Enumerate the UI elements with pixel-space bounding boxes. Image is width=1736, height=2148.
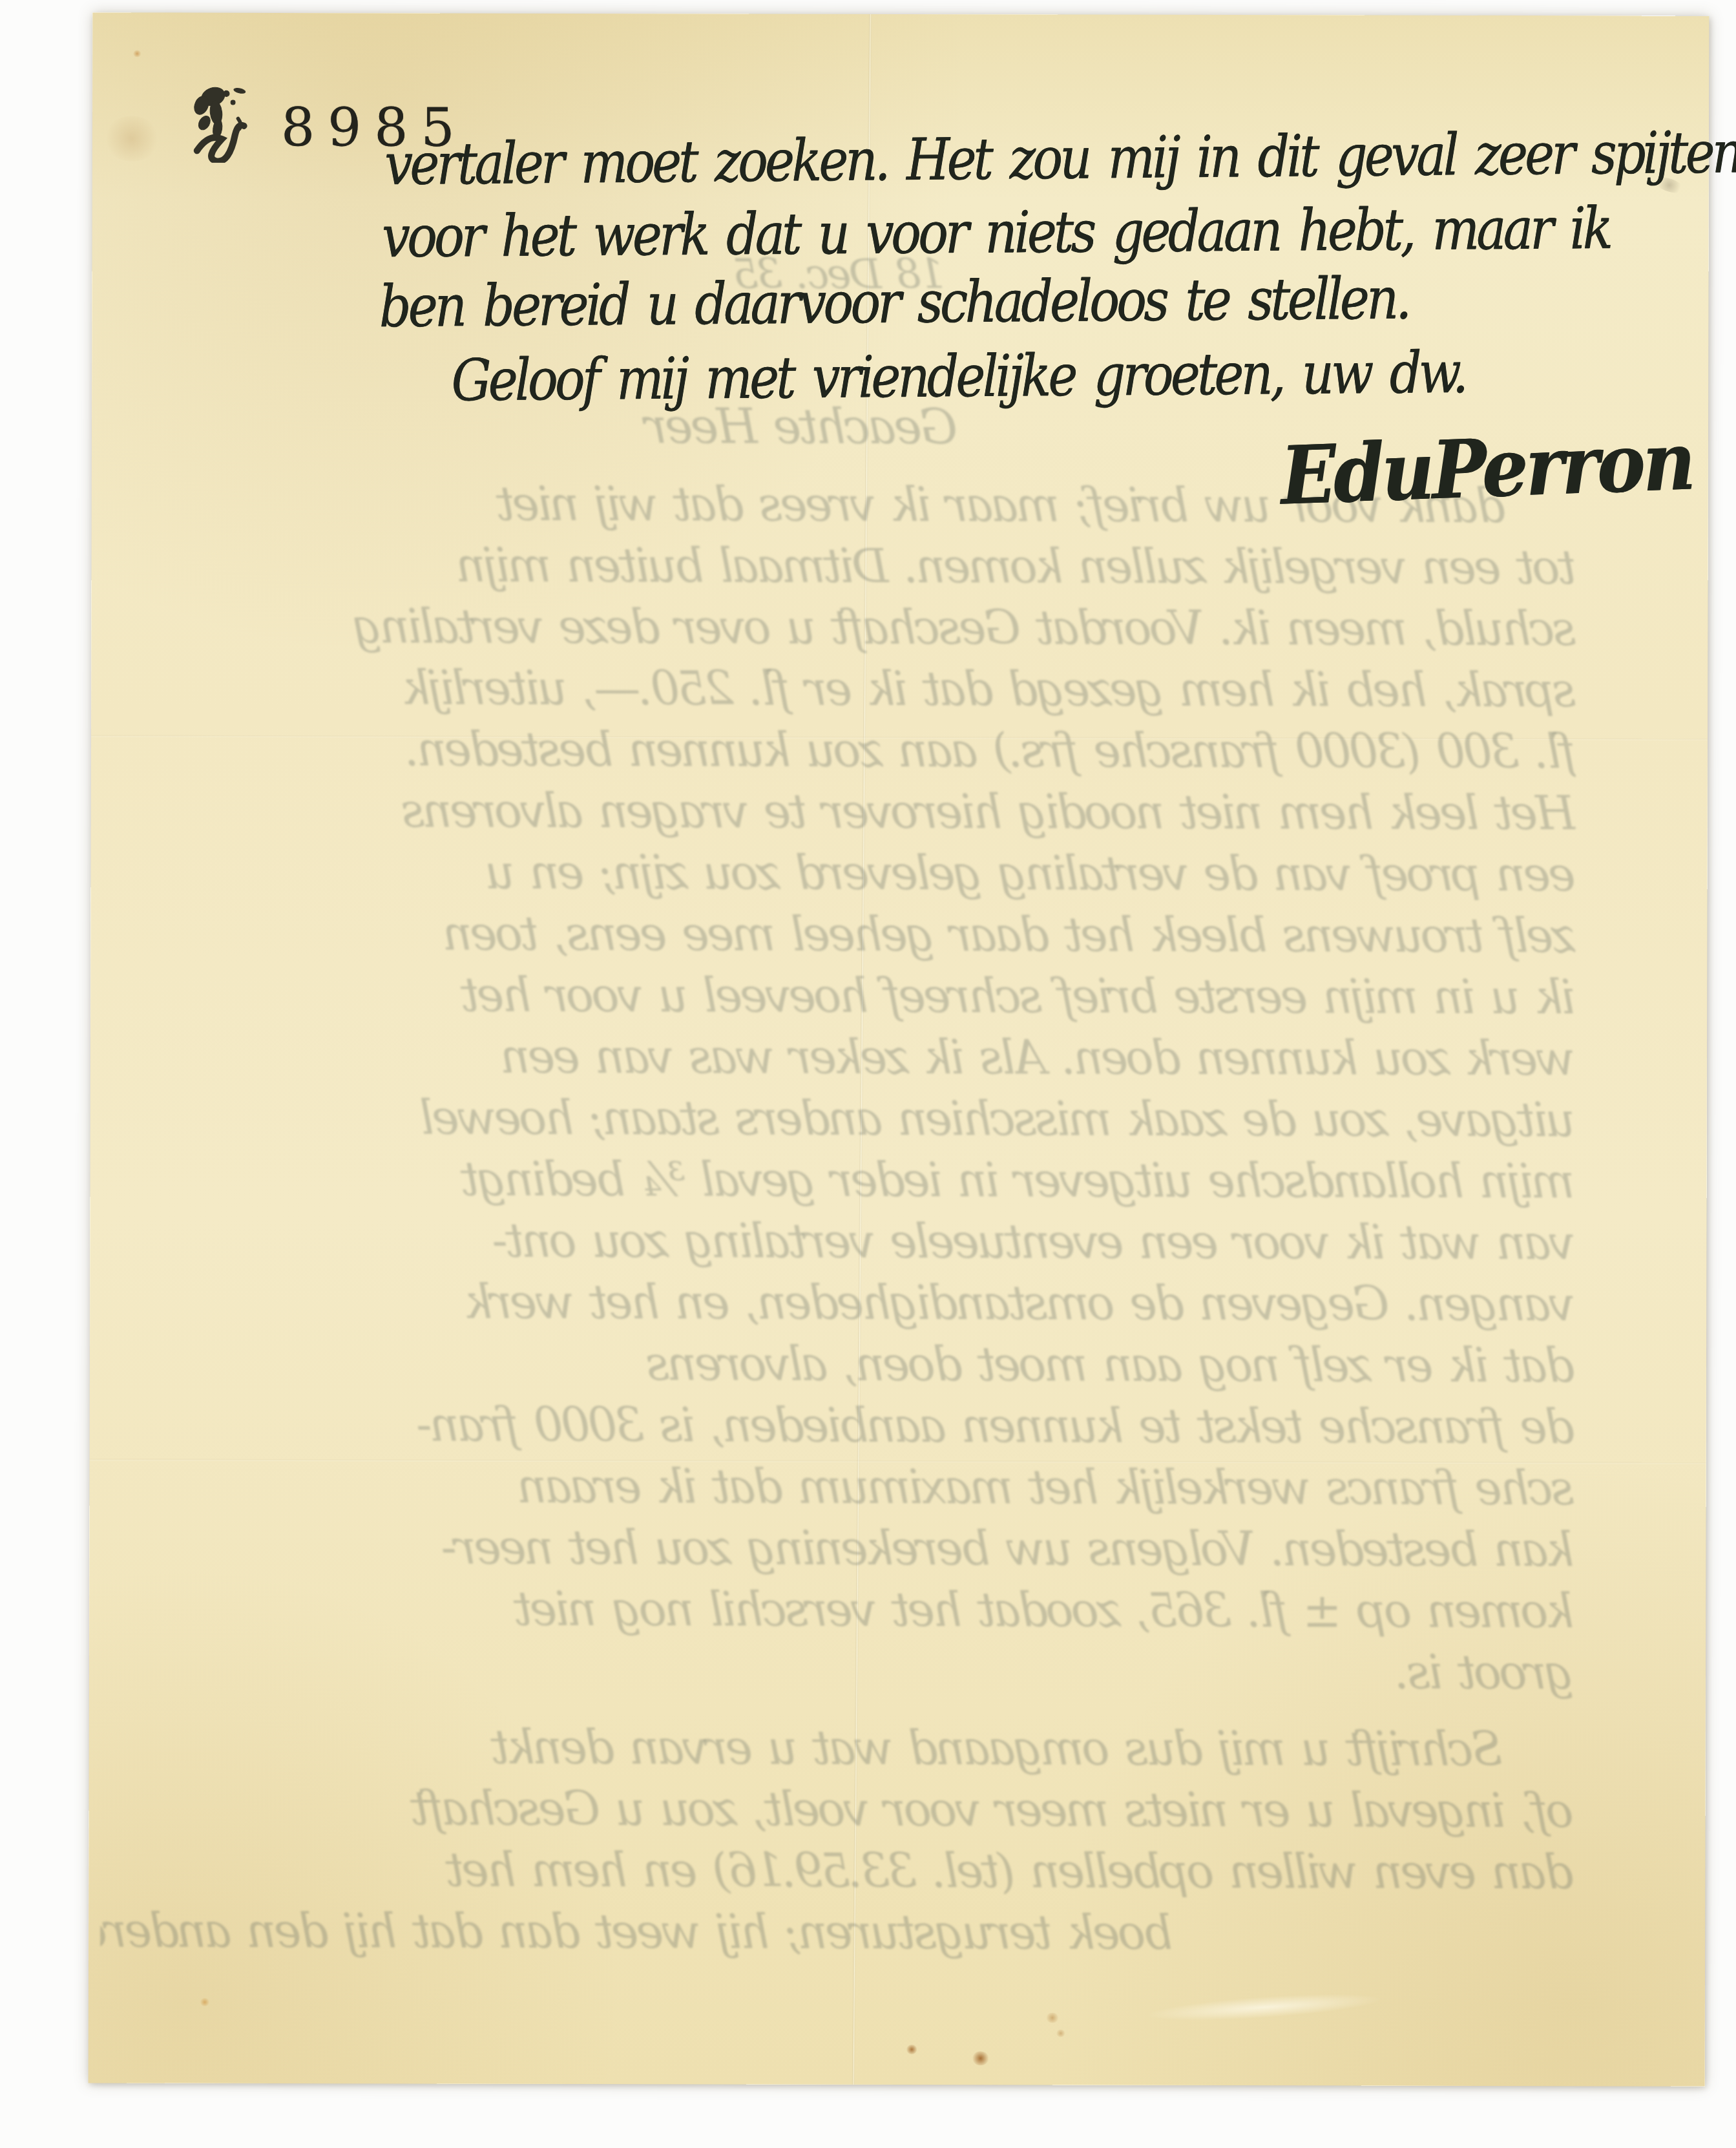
bleedthrough-line: dat ik er zelf nog aan moet doen, alvore…: [101, 1332, 1574, 1396]
bleedthrough-line: boek terugsturen; hij weet dan dat hij d…: [100, 1900, 1173, 1963]
handwriting-line: voor het werk dat u voor niets gedaan he…: [382, 195, 1610, 270]
bleedthrough-line: schuld, meen ik. Voordat Geschaft u over…: [103, 595, 1576, 660]
handwriting-line: vertaler moet zoeken. Het zou mij in dit…: [384, 119, 1736, 198]
bleedthrough-line: kan besteden. Volgens uw berekening zou …: [101, 1516, 1574, 1581]
paper-scuff-streak: [1096, 1981, 1433, 2034]
closing-line: Geloof mij met vriendelijke groeten, uw …: [451, 339, 1465, 414]
bleedthrough-paragraph: Schrijft u mij dus omgaand wat u ervan d…: [100, 1716, 1574, 1964]
bleedthrough-line: sprak, heb ik hem gezegd dat ik er fl. 2…: [103, 657, 1576, 721]
stain: [132, 50, 141, 58]
bleedthrough-line: een proef van de vertaling geleverd zou …: [102, 841, 1575, 905]
scanned-letter-page: { "document": { "kind": "handwritten let…: [0, 0, 1736, 2148]
bleedthrough-line: de fransche tekst te kunnen aanbieden, i…: [101, 1393, 1574, 1458]
stain: [1056, 2030, 1065, 2037]
bleedthrough-line: of, ingeval u er niets meer voor voelt, …: [100, 1777, 1573, 1842]
bleedthrough-paragraph: dank voor uw brief; maar ik vrees dat wi…: [101, 472, 1576, 1703]
signature: EduPerron: [1279, 414, 1694, 523]
bleedthrough-line: werk zou kunnen doen. Als ik zeker was v…: [102, 1025, 1575, 1090]
bleedthrough-line: groot is.: [101, 1639, 1574, 1703]
bleedthrough-line: uitgave, zou de zaak misschien anders st…: [102, 1086, 1575, 1151]
stain: [103, 116, 161, 161]
bleedthrough-line: sche francs werkelijk het maximum dat ik…: [101, 1455, 1574, 1519]
bleedthrough-line: komen op ± fl. 365, zoodat het verschil …: [101, 1577, 1574, 1642]
bleedthrough-line: Het leek hem niet noodig hierover te vra…: [103, 779, 1576, 844]
bleedthrough-line: Schrijft u mij dus omgaand wat u ervan d…: [101, 1716, 1574, 1780]
stain: [200, 1998, 210, 2006]
stain: [906, 2045, 917, 2054]
bleedthrough-line: zelf trouwens bleek het daar geheel mee …: [102, 902, 1575, 967]
bleedthrough-line: ik u in mijn eerste brief schreef hoevee…: [102, 963, 1575, 1028]
letter-paper: 8985 18 Dec. 35 Geachte Heer dank voor u…: [89, 12, 1710, 2086]
bleedthrough-line: fl. 300 (3000 fransche frs.) aan zou kun…: [103, 718, 1576, 783]
stain: [972, 2051, 989, 2065]
lion-stamp-icon: [175, 79, 263, 163]
bleedthrough-line: tot een vergelijk zullen komen. Ditmaal …: [103, 534, 1576, 598]
stain: [1046, 2012, 1059, 2023]
bleedthrough-line: dan even willen opbellen (tel. 33.59.16)…: [100, 1838, 1573, 1903]
bleedthrough-line: mijn hollandsche uitgever in ieder geval…: [101, 1148, 1574, 1212]
handwriting-line: ben bereid u daarvoor schadeloos te stel…: [379, 265, 1409, 341]
bleedthrough-line: van wat ik voor een eventueele vertaling…: [101, 1209, 1574, 1274]
bleedthrough-line: vangen. Gegeven de omstandigheden, en he…: [101, 1270, 1574, 1335]
